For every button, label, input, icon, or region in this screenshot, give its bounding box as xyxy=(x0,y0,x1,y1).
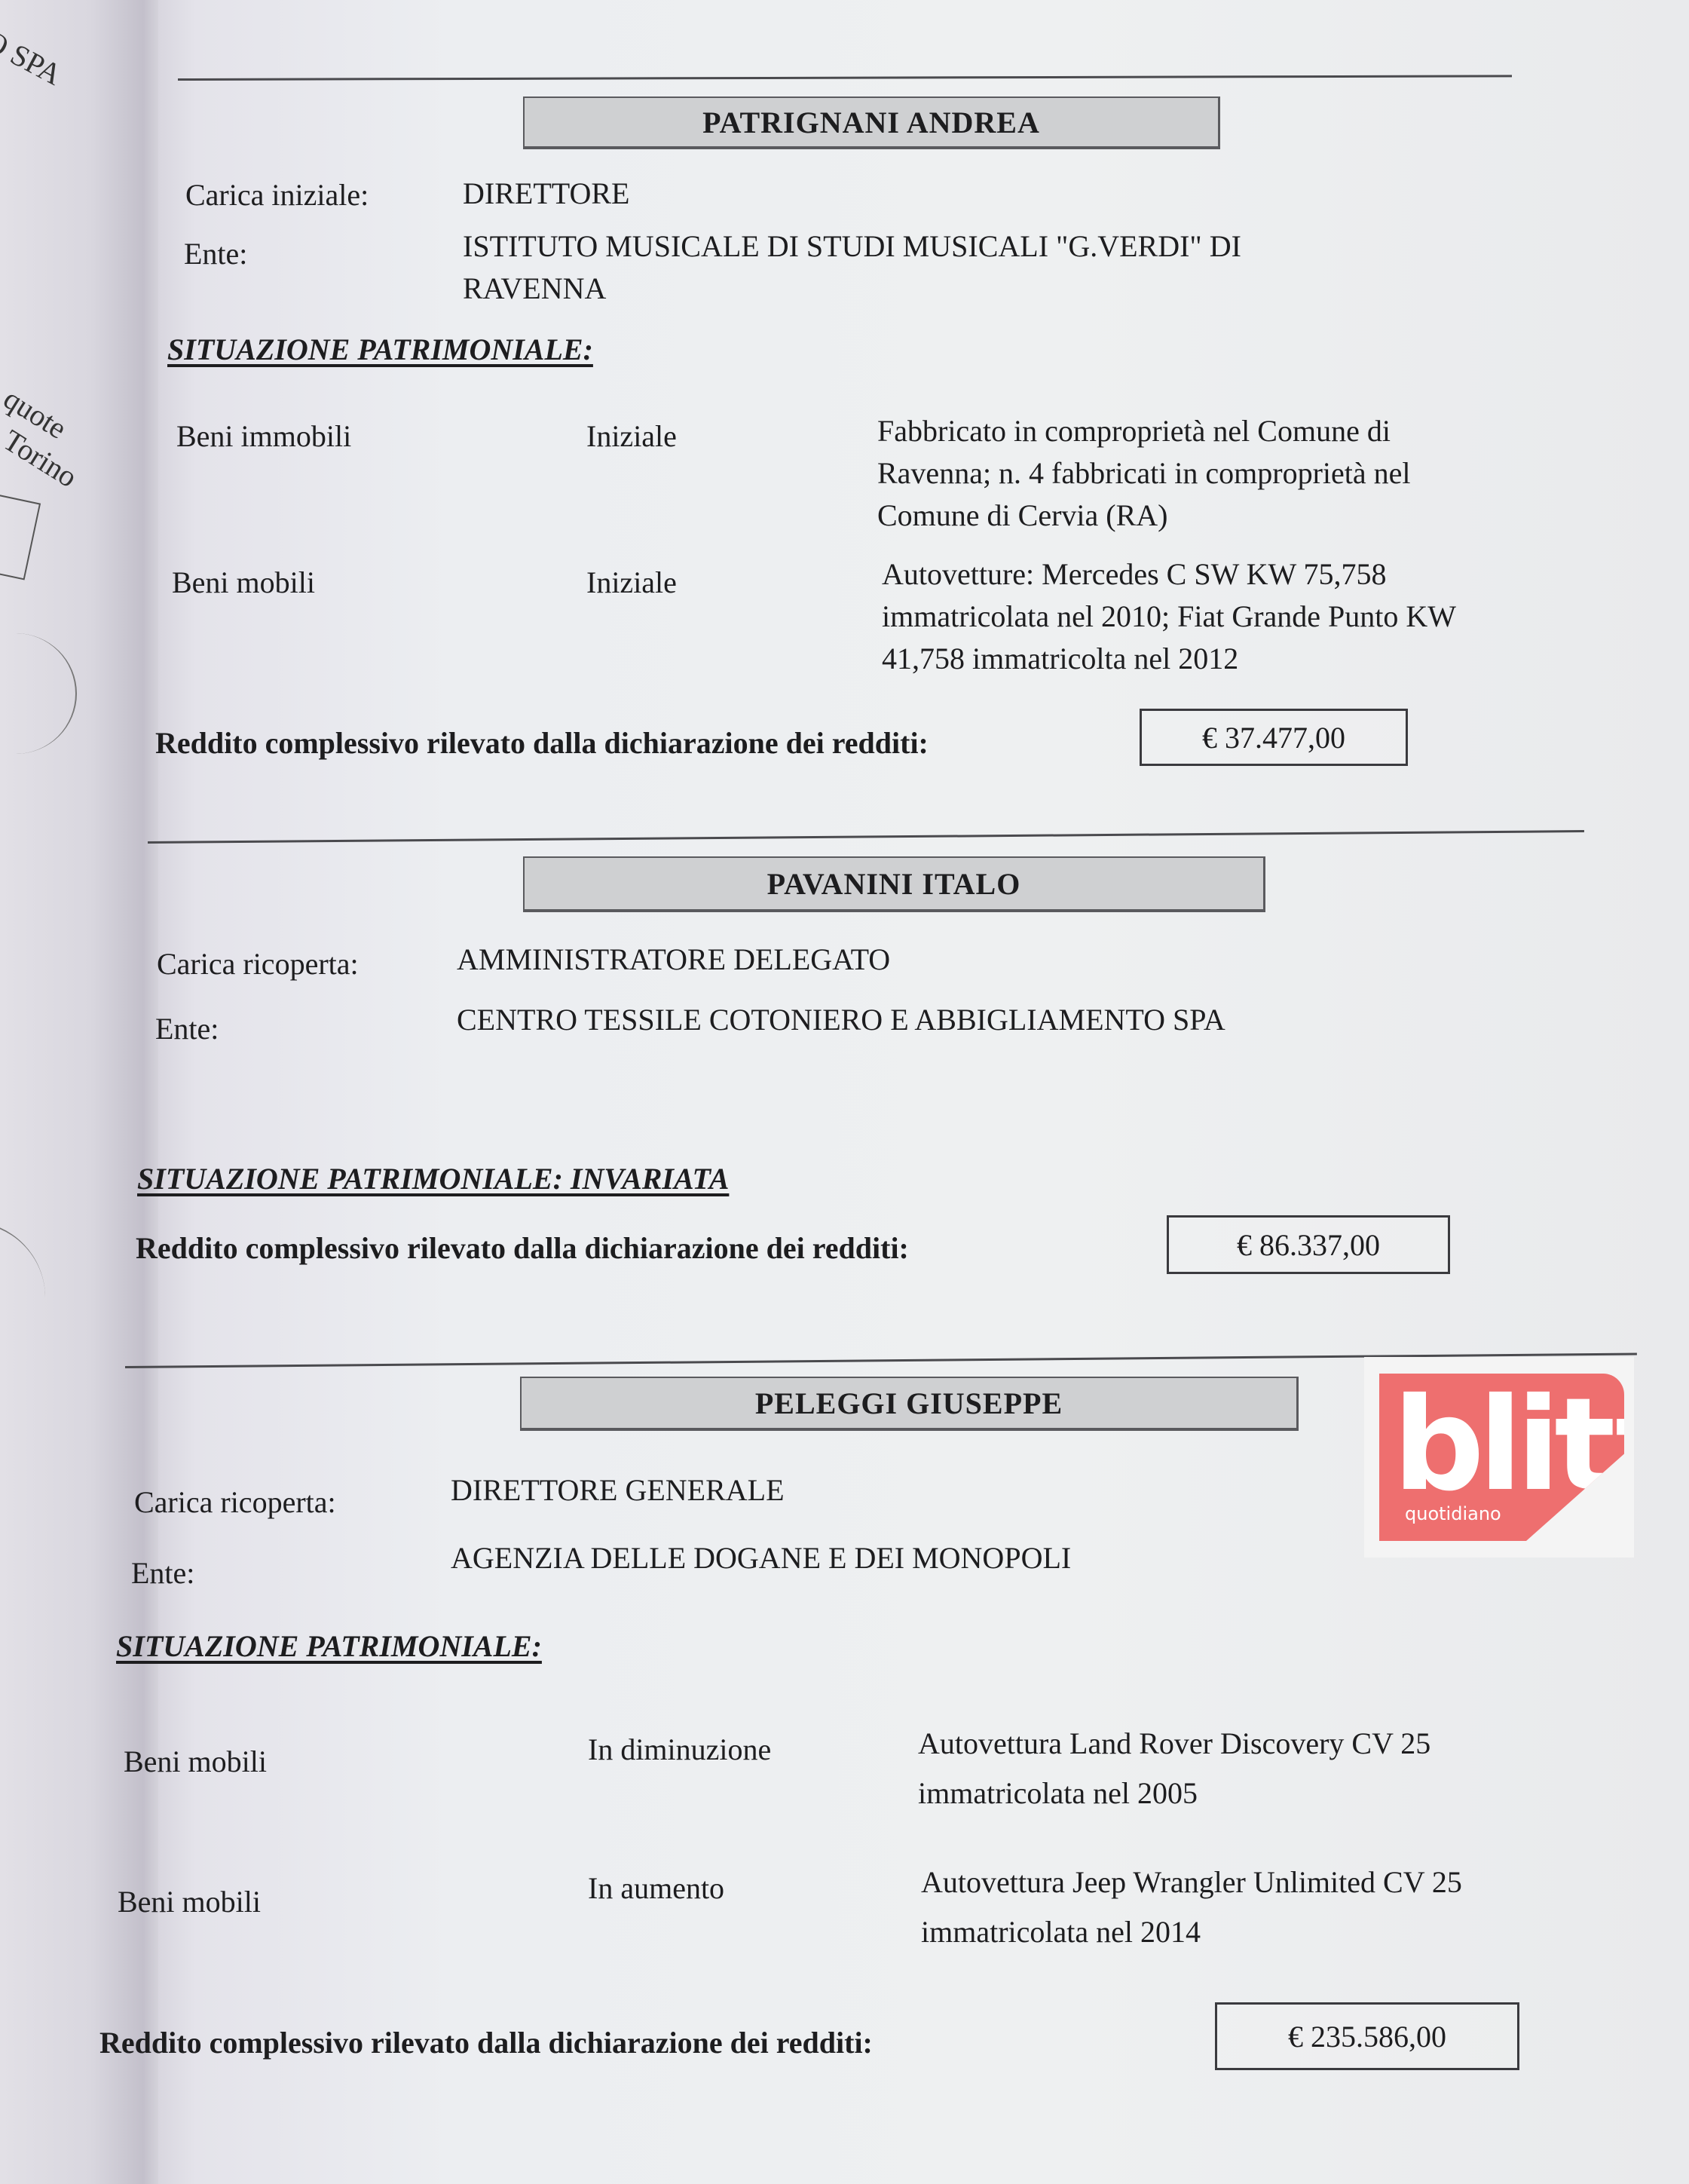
asset-type: Beni mobili xyxy=(172,562,315,603)
asset-type: Beni mobili xyxy=(124,1741,267,1782)
asset-description-line: immatricolata nel 2010; Fiat Grande Punt… xyxy=(882,596,1456,638)
asset-description-line: immatricolata nel 2014 xyxy=(921,1907,1462,1957)
entity-label: Ente: xyxy=(131,1553,194,1594)
asset-status: Iniziale xyxy=(586,416,677,457)
asset-description: Autovettura Jeep Wrangler Unlimited CV 2… xyxy=(921,1858,1462,1957)
asset-status: Iniziale xyxy=(586,562,677,603)
section-divider xyxy=(148,830,1584,844)
asset-type: Beni immobili xyxy=(176,416,351,457)
blitz-quotidiano-logo: blitz quotidiano xyxy=(1364,1357,1634,1558)
asset-description-line: Autovetture: Mercedes C SW KW 75,758 xyxy=(882,553,1456,596)
asset-type: Beni mobili xyxy=(118,1882,261,1922)
income-value: € 86.337,00 xyxy=(1167,1215,1450,1274)
asset-description-line: Comune di Cervia (RA) xyxy=(877,495,1411,537)
asset-description-line: Ravenna; n. 4 fabbricati in comproprietà… xyxy=(877,452,1411,495)
income-value: € 37.477,00 xyxy=(1140,709,1408,766)
patrimony-heading: SITUAZIONE PATRIMONIALE: INVARIATA xyxy=(137,1161,729,1196)
asset-status: In diminuzione xyxy=(588,1729,771,1770)
asset-description-line: immatricolata nel 2005 xyxy=(918,1769,1430,1818)
patrimony-heading: SITUAZIONE PATRIMONIALE: xyxy=(116,1628,542,1664)
asset-description: Autovetture: Mercedes C SW KW 75,758 imm… xyxy=(882,553,1456,680)
blitz-logo-subtitle: quotidiano xyxy=(1405,1503,1501,1524)
role-label: Carica iniziale: xyxy=(185,175,369,216)
section-divider xyxy=(178,75,1512,81)
entity-value-line-2: RAVENNA xyxy=(463,268,606,309)
asset-description-line: Fabbricato in comproprietà nel Comune di xyxy=(877,410,1411,452)
asset-description-line: 41,758 immatricolta nel 2012 xyxy=(882,638,1456,680)
role-label: Carica ricoperta: xyxy=(157,944,359,985)
asset-description-line: Autovettura Jeep Wrangler Unlimited CV 2… xyxy=(921,1858,1462,1907)
entity-value-line-1: CENTRO TESSILE COTONIERO E ABBIGLIAMENTO… xyxy=(457,1000,1225,1040)
role-label: Carica ricoperta: xyxy=(134,1482,336,1523)
role-value: DIRETTORE xyxy=(463,173,629,214)
blitz-logo-badge: blitz quotidiano xyxy=(1379,1374,1624,1541)
income-label: Reddito complessivo rilevato dalla dichi… xyxy=(155,725,929,761)
role-value: DIRETTORE GENERALE xyxy=(451,1470,785,1511)
income-label: Reddito complessivo rilevato dalla dichi… xyxy=(136,1230,909,1266)
income-value: € 235.586,00 xyxy=(1215,2002,1519,2070)
patrimony-heading: SITUAZIONE PATRIMONIALE: xyxy=(167,332,593,367)
role-value: AMMINISTRATORE DELEGATO xyxy=(457,939,890,980)
asset-description: Autovettura Land Rover Discovery CV 25 i… xyxy=(918,1719,1430,1818)
entity-value-line-1: AGENZIA DELLE DOGANE E DEI MONOPOLI xyxy=(451,1538,1071,1579)
asset-description-line: Autovettura Land Rover Discovery CV 25 xyxy=(918,1719,1430,1769)
income-label: Reddito complessivo rilevato dalla dichi… xyxy=(99,2025,873,2060)
person-name-box: PELEGGI GIUSEPPE xyxy=(520,1377,1299,1431)
asset-description: Fabbricato in comproprietà nel Comune di… xyxy=(877,410,1411,537)
person-name-box: PATRIGNANI ANDREA xyxy=(523,96,1220,149)
person-name-box: PAVANINI ITALO xyxy=(523,856,1265,912)
entity-label: Ente: xyxy=(184,234,247,274)
entity-value-line-1: ISTITUTO MUSICALE DI STUDI MUSICALI "G.V… xyxy=(463,226,1241,267)
document-page: PATRIGNANI ANDREA Carica iniziale: DIRET… xyxy=(0,0,1689,2184)
entity-label: Ente: xyxy=(155,1009,219,1049)
asset-status: In aumento xyxy=(588,1868,724,1909)
blitz-logo-word: blitz xyxy=(1393,1381,1678,1509)
